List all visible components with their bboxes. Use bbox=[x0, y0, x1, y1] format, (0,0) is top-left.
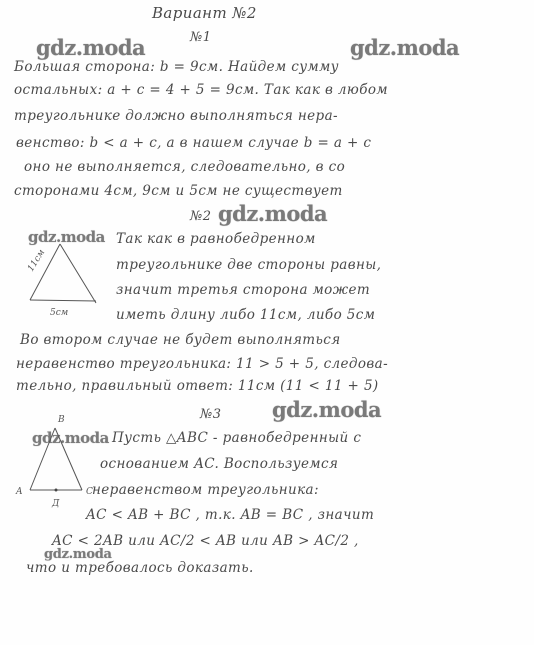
base-point-label: Д bbox=[51, 499, 60, 509]
task3-line-6: что и требовалось доказать. bbox=[26, 562, 254, 576]
triangle-side-bc bbox=[55, 428, 82, 490]
task3-line-2: основанием AC. Воспользуемся bbox=[100, 458, 338, 472]
vertex-b-label: B bbox=[57, 415, 65, 425]
task3-line-3: неравенством треугольника: bbox=[92, 484, 319, 498]
base-midpoint-dot bbox=[55, 489, 58, 492]
homework-page-scan: Вариант №2 №1 gdz.moda gdz.moda Большая … bbox=[0, 0, 534, 645]
task3-line-1: Пусть △ABC - равнобедренный с bbox=[112, 432, 361, 446]
vertex-a-label: A bbox=[15, 487, 23, 497]
triangle-side-ab bbox=[30, 428, 55, 490]
task3-line-4: AC < AB + BC , т.к. AB = BC , значит bbox=[86, 509, 374, 523]
